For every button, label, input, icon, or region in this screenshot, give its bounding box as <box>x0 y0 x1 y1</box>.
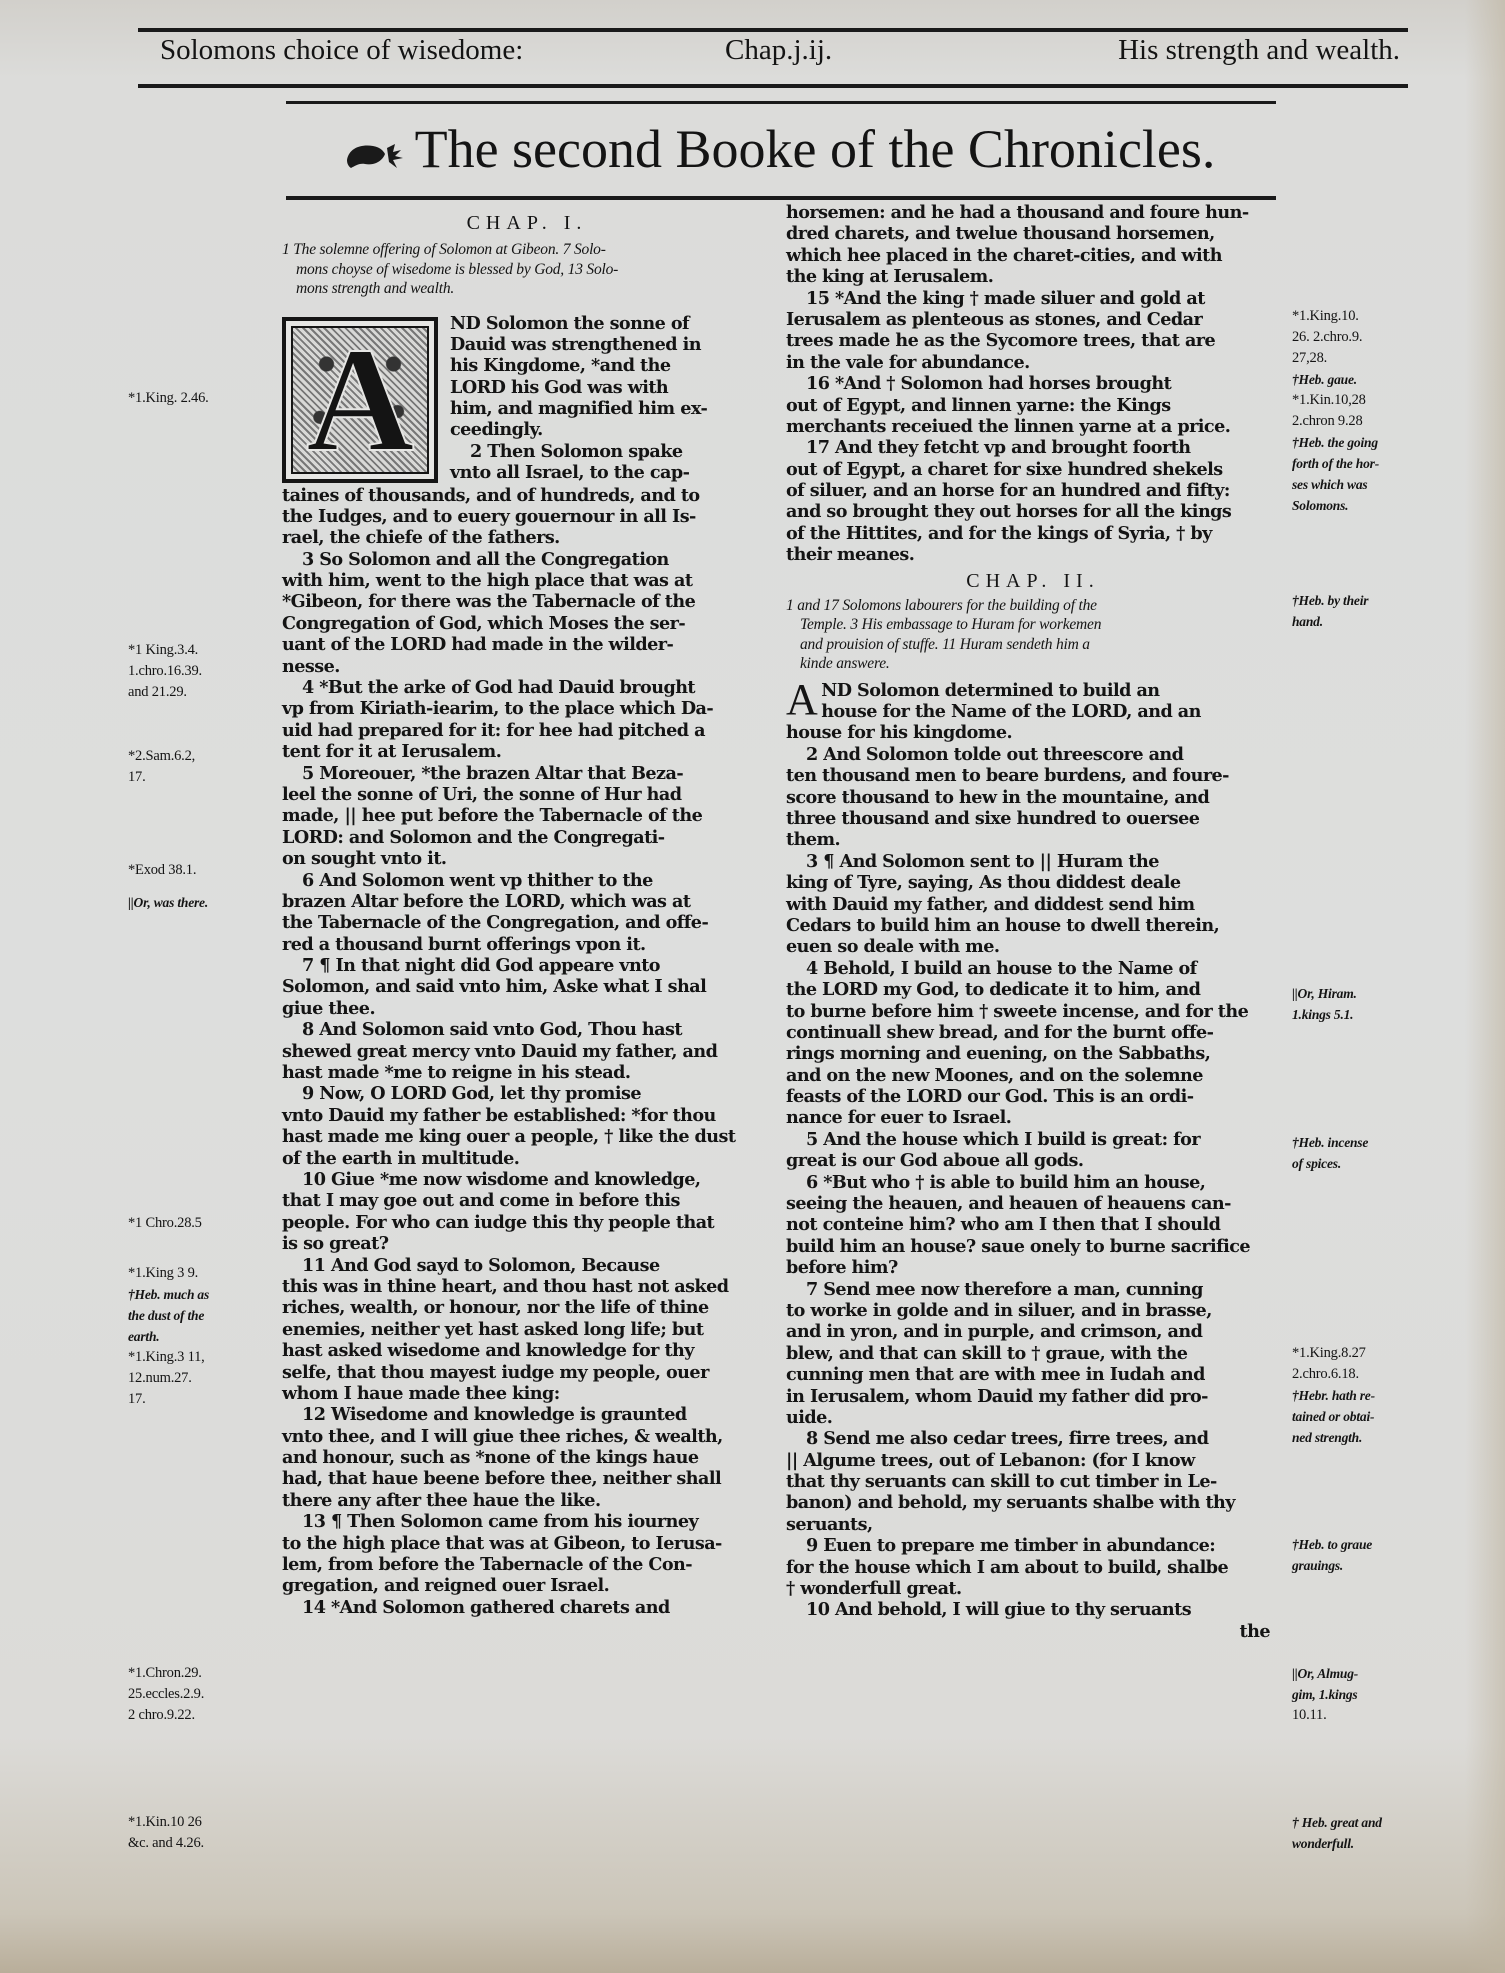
margin-note: †Heb. by their <box>1292 590 1368 611</box>
text-line: build him an house? saue onely to burne … <box>786 1236 1280 1257</box>
margin-note: *1.King.10. <box>1292 306 1359 327</box>
page-edge-shadow <box>1465 0 1505 1973</box>
text-line: whom I haue made thee king: <box>282 1383 772 1404</box>
text-line: uant of the LORD had made in the wilder- <box>282 634 772 655</box>
chapter-1-summary: 1 The solemne offering of Solomon at Gib… <box>282 240 772 299</box>
text-line: seruants, <box>786 1514 1280 1535</box>
margin-note: grauings. <box>1292 1555 1343 1576</box>
verse-start-line: 7 ¶ In that night did God appeare vnto <box>282 955 772 976</box>
verse-start-line: 9 Euen to prepare me timber in abundance… <box>786 1535 1280 1556</box>
verse-start-line: 3 ¶ And Solomon sent to || Huram the <box>786 851 1280 872</box>
text-line: gregation, and reigned ouer Israel. <box>282 1575 772 1596</box>
text-line: house for his kingdome. <box>786 722 1280 743</box>
margin-note: †Hebr. hath re- <box>1292 1385 1375 1406</box>
margin-note: *Exod 38.1. <box>128 860 196 881</box>
text-line: the Tabernacle of the Congregation, and … <box>282 912 772 933</box>
margin-note: †Heb. incense <box>1292 1132 1368 1153</box>
summary-line: kinde answere. <box>786 654 1280 674</box>
verse-start-line: 17 And they fetcht vp and brought foorth <box>786 437 1280 458</box>
text-line: selfe, that thou mayest iudge my people,… <box>282 1362 772 1383</box>
margin-note: and 21.29. <box>128 682 187 703</box>
text-line: Congregation of God, which Moses the ser… <box>282 613 772 634</box>
text-line: this was in thine heart, and thou hast n… <box>282 1276 772 1297</box>
text-line: vnto thee, and I will giue thee riches, … <box>282 1426 772 1447</box>
margin-note: earth. <box>128 1326 159 1347</box>
verse-start-line: 4 *But the arke of God had Dauid brought <box>282 677 772 698</box>
text-line: people. For who can iudge this thy peopl… <box>282 1212 772 1233</box>
left-text-column: CHAP. I. 1 The solemne offering of Solom… <box>282 206 772 1618</box>
text-line: lem, from before the Tabernacle of the C… <box>282 1554 772 1575</box>
margin-note: *1.Kin.10,28 <box>1292 390 1366 411</box>
chapter-2-opening: A ND Solomon determined to build an hous… <box>786 680 1280 723</box>
verse-start-line: 5 Moreouer, *the brazen Altar that Beza- <box>282 763 772 784</box>
margin-note: 12.num.27. <box>128 1368 192 1389</box>
text-line: Ierusalem as plenteous as stones, and Ce… <box>786 309 1280 330</box>
right-text-column: horsemen: and he had a thousand and four… <box>786 202 1280 1642</box>
margin-note: *1 Chro.28.5 <box>128 1213 202 1234</box>
text-line: euen so deale with me. <box>786 936 1280 957</box>
text-line: banon) and behold, my seruants shalbe wi… <box>786 1492 1280 1513</box>
margin-note: hand. <box>1292 611 1323 632</box>
verse-start-line: 3 So Solomon and all the Congregation <box>282 549 772 570</box>
text-line: brazen Altar before the LORD, which was … <box>282 891 772 912</box>
text-line: hast asked wisedome and knowledge for th… <box>282 1340 772 1361</box>
text-line: not conteine him? who am I then that I s… <box>786 1214 1280 1235</box>
running-head-left: Solomons choice of wisedome: <box>160 34 523 67</box>
text-line: uid had prepared for it: for hee had pit… <box>282 720 772 741</box>
text-line: to burne before him † sweete incense, an… <box>786 1001 1280 1022</box>
verse-start-line: 15 *And the king † made siluer and gold … <box>786 288 1280 309</box>
text-line: score thousand to hew in the mountaine, … <box>786 787 1280 808</box>
printers-fleuron-icon <box>345 140 407 170</box>
text-line: cunning men that are with mee in Iudah a… <box>786 1364 1280 1385</box>
summary-line: and prouision of stuffe. 11 Huram sendet… <box>786 635 1280 655</box>
text-line: the LORD my God, to dedicate it to him, … <box>786 979 1280 1000</box>
text-line: and so brought they out horses for all t… <box>786 501 1280 522</box>
title-top-rule <box>286 101 1276 104</box>
text-line: with him, went to the high place that wa… <box>282 570 772 591</box>
margin-note: †Heb. gaue. <box>1292 369 1357 390</box>
margin-note: the dust of the <box>128 1305 204 1326</box>
margin-note: †Heb. the going <box>1292 432 1378 453</box>
text-line: nance for euer to Israel. <box>786 1107 1280 1128</box>
text-line: dred charets, and twelue thousand horsem… <box>786 223 1280 244</box>
text-line: and honour, such as *none of the kings h… <box>282 1447 772 1468</box>
margin-note: † Heb. great and <box>1292 1812 1382 1833</box>
verse-start-line: 11 And God sayd to Solomon, Because <box>282 1255 772 1276</box>
text-line: Solomon, and said vnto him, Aske what I … <box>282 976 772 997</box>
margin-note: 27,28. <box>1292 348 1327 369</box>
chapter-1-body: taines of thousands, and of hundreds, an… <box>282 485 772 1619</box>
text-line: blew, and that can skill to † graue, wit… <box>786 1343 1280 1364</box>
text-line: hast made me king ouer a people, † like … <box>282 1126 772 1147</box>
text-line: vp from Kiriath-iearim, to the place whi… <box>282 698 772 719</box>
verse-start-line: 4 Behold, I build an house to the Name o… <box>786 958 1280 979</box>
margin-note: of spices. <box>1292 1153 1341 1174</box>
decorated-initial-a: A <box>282 317 438 483</box>
text-line: || Algume trees, out of Lebanon: (for I … <box>786 1450 1280 1471</box>
text-line: which hee placed in the charet-cities, a… <box>786 245 1280 266</box>
margin-note: tained or obtai- <box>1292 1406 1374 1427</box>
margin-note: 1.kings 5.1. <box>1292 1004 1353 1025</box>
text-line: is so great? <box>282 1233 772 1254</box>
summary-line: 1 The solemne offering of Solomon at Gib… <box>282 240 772 260</box>
running-head-center: Chap.j.ij. <box>725 34 832 67</box>
text-line: continuall shew bread, and for the burnt… <box>786 1022 1280 1043</box>
verse-start-line: 7 Send mee now therefore a man, cunning <box>786 1279 1280 1300</box>
title-bottom-rule <box>286 196 1276 200</box>
text-line: merchants receiued the linnen yarne at a… <box>786 416 1280 437</box>
verse-start-line: 6 And Solomon went vp thither to the <box>282 870 772 891</box>
verse-start-line: 12 Wisedome and knowledge is graunted <box>282 1404 772 1425</box>
margin-note: *1.King 3 9. <box>128 1263 198 1284</box>
chapter-1-heading: CHAP. I. <box>282 206 772 240</box>
text-line: in the vale for abundance. <box>786 352 1280 373</box>
margin-note: 2.chron 9.28 <box>1292 411 1363 432</box>
margin-note: ses which was <box>1292 474 1367 495</box>
text-line: giue thee. <box>282 998 772 1019</box>
summary-line: mons choyse of wisedome is blessed by Go… <box>282 260 772 280</box>
margin-note: †Heb. to graue <box>1292 1534 1372 1555</box>
margin-note: ||Or, Almug- <box>1292 1663 1358 1684</box>
margin-note: †Heb. much as <box>128 1284 209 1305</box>
chapter-2-body: house for his kingdome. 2 And Solomon to… <box>786 722 1280 1642</box>
text-line: ND Solomon determined to build an <box>786 680 1280 701</box>
chapter-2-summary: 1 and 17 Solomons labourers for the buil… <box>786 596 1280 674</box>
text-line: seeing the heauen, and heauen of heauens… <box>786 1193 1280 1214</box>
text-line: feasts of the LORD our God. This is an o… <box>786 1086 1280 1107</box>
margin-note: ||Or, Hiram. <box>1292 983 1357 1004</box>
summary-line: mons strength and wealth. <box>282 279 772 299</box>
text-line: shewed great mercy vnto Dauid my father,… <box>282 1041 772 1062</box>
text-line: that thy seruants can skill to cut timbe… <box>786 1471 1280 1492</box>
text-line: king of Tyre, saying, As thou diddest de… <box>786 872 1280 893</box>
text-line: Cedars to build him an house to dwell th… <box>786 915 1280 936</box>
chapter-2-initial: A <box>786 680 817 720</box>
margin-note: 17. <box>128 767 146 788</box>
margin-note: *1.King.8.27 <box>1292 1343 1366 1364</box>
margin-note: *1.King. 2.46. <box>128 388 209 409</box>
running-head-right: His strength and wealth. <box>1118 34 1400 67</box>
verse-start-line: 2 And Solomon tolde out threescore and <box>786 744 1280 765</box>
chapter-1-continuation: horsemen: and he had a thousand and four… <box>786 202 1280 566</box>
text-line: ten thousand men to beare burdens, and f… <box>786 765 1280 786</box>
margin-note: *2.Sam.6.2, <box>128 746 195 767</box>
text-line: tent for it at Ierusalem. <box>282 741 772 762</box>
margin-note: ||Or, was there. <box>128 892 208 913</box>
verse-start-line: 5 And the house which I build is great: … <box>786 1129 1280 1150</box>
margin-note: wonderfull. <box>1292 1833 1354 1854</box>
text-line: house for the Name of the LORD, and an <box>786 701 1280 722</box>
text-line: horsemen: and he had a thousand and four… <box>786 202 1280 223</box>
margin-note: 2 chro.9.22. <box>128 1705 195 1726</box>
text-line: riches, wealth, or honour, nor the life … <box>282 1297 772 1318</box>
text-line: had, that haue beene before thee, neithe… <box>282 1468 772 1489</box>
text-line: before him? <box>786 1257 1280 1278</box>
margin-note: 26. 2.chro.9. <box>1292 327 1362 348</box>
text-line: out of Egypt, a charet for sixe hundred … <box>786 459 1280 480</box>
text-line: there any after thee haue the like. <box>282 1490 772 1511</box>
verse-start-line: 6 *But who † is able to build him an hou… <box>786 1172 1280 1193</box>
text-line: with Dauid my father, and diddest send h… <box>786 894 1280 915</box>
text-line: LORD: and Solomon and the Congregati- <box>282 827 772 848</box>
text-line: for the house which I am about to build,… <box>786 1557 1280 1578</box>
verse-start-line: 13 ¶ Then Solomon came from his iourney <box>282 1511 772 1532</box>
verse-start-line: 14 *And Solomon gathered charets and <box>282 1597 772 1618</box>
text-line: and on the new Moones, and on the solemn… <box>786 1065 1280 1086</box>
text-line: to the high place that was at Gibeon, to… <box>282 1533 772 1554</box>
header-top-rule <box>138 28 1408 32</box>
text-line: † wonderfull great. <box>786 1578 1280 1599</box>
text-line: the Iudges, and to euery gouernour in al… <box>282 506 772 527</box>
summary-line: Temple. 3 His embassage to Huram for wor… <box>786 615 1280 635</box>
book-title-text: The second Booke of the Chronicles. <box>415 119 1216 179</box>
text-line: that I may goe out and come in before th… <box>282 1190 772 1211</box>
chapter-2-heading: CHAP. II. <box>786 566 1280 596</box>
text-line: trees made he as the Sycomore trees, tha… <box>786 330 1280 351</box>
text-line: of the earth in multitude. <box>282 1148 772 1169</box>
book-title: The second Booke of the Chronicles. <box>290 118 1270 188</box>
text-line: red a thousand burnt offerings vpon it. <box>282 934 772 955</box>
text-line: out of Egypt, and linnen yarne: the King… <box>786 395 1280 416</box>
text-line: three thousand and sixe hundred to ouers… <box>786 808 1280 829</box>
margin-note: &c. and 4.26. <box>128 1833 204 1854</box>
text-line: to worke in golde and in siluer, and in … <box>786 1300 1280 1321</box>
text-line: rael, the chiefe of the fathers. <box>282 527 772 548</box>
text-line: them. <box>786 829 1280 850</box>
summary-line: 1 and 17 Solomons labourers for the buil… <box>786 596 1280 616</box>
text-line: and in yron, and in purple, and crimson,… <box>786 1321 1280 1342</box>
margin-note: 25.eccles.2.9. <box>128 1684 204 1705</box>
text-line: nesse. <box>282 656 772 677</box>
margin-note: *1.Kin.10 26 <box>128 1812 202 1833</box>
margin-note: 10.11. <box>1292 1705 1327 1726</box>
margin-note: gim, 1.kings <box>1292 1684 1358 1705</box>
margin-note: forth of the hor- <box>1292 453 1379 474</box>
verse-start-line: 8 Send me also cedar trees, firre trees,… <box>786 1428 1280 1449</box>
verse-start-line: 10 Giue *me now wisdome and knowledge, <box>282 1169 772 1190</box>
catchword: the <box>786 1621 1280 1642</box>
text-line: vnto Dauid my father be established: *fo… <box>282 1105 772 1126</box>
text-line: made, || hee put before the Tabernacle o… <box>282 805 772 826</box>
margin-note: *1 King.3.4. <box>128 640 198 661</box>
margin-note: *1.Chron.29. <box>128 1663 202 1684</box>
text-line: uide. <box>786 1407 1280 1428</box>
margin-note: ned strength. <box>1292 1427 1362 1448</box>
text-line: of the Hittites, and for the kings of Sy… <box>786 523 1280 544</box>
margin-note: *1.King.3 11, <box>128 1347 205 1368</box>
text-line: leel the sonne of Uri, the sonne of Hur … <box>282 784 772 805</box>
text-line: of siluer, and an horse for an hundred a… <box>786 480 1280 501</box>
initial-letter: A <box>286 325 434 475</box>
margin-note: Solomons. <box>1292 495 1348 516</box>
margin-note: 17. <box>128 1389 146 1410</box>
verse-start-line: 8 And Solomon said vnto God, Thou hast <box>282 1019 772 1040</box>
text-line: their meanes. <box>786 544 1280 565</box>
verse-start-line: 9 Now, O LORD God, let thy promise <box>282 1083 772 1104</box>
text-line: taines of thousands, and of hundreds, an… <box>282 485 772 506</box>
book-page: Solomons choice of wisedome: Chap.j.ij. … <box>0 0 1505 1973</box>
margin-note: 1.chro.16.39. <box>128 661 202 682</box>
text-line: hast made *me to reigne in his stead. <box>282 1062 772 1083</box>
text-line: the king at Ierusalem. <box>786 266 1280 287</box>
text-line: great is our God aboue all gods. <box>786 1150 1280 1171</box>
text-line: *Gibeon, for there was the Tabernacle of… <box>282 591 772 612</box>
verse-start-line: 16 *And † Solomon had horses brought <box>786 373 1280 394</box>
running-head: Solomons choice of wisedome: Chap.j.ij. … <box>160 34 1400 74</box>
verse-start-line: 10 And behold, I will giue to thy seruan… <box>786 1599 1280 1620</box>
text-line: in Ierusalem, whom Dauid my father did p… <box>786 1386 1280 1407</box>
text-line: rings morning and euening, on the Sabbat… <box>786 1043 1280 1064</box>
margin-note: 2.chro.6.18. <box>1292 1364 1359 1385</box>
header-bottom-rule <box>138 84 1408 88</box>
chapter-1-opening: A ND Solomon the sonne of Dauid was stre… <box>282 313 772 485</box>
text-line: enemies, neither yet hast asked long lif… <box>282 1319 772 1340</box>
text-line: on sought vnto it. <box>282 848 772 869</box>
